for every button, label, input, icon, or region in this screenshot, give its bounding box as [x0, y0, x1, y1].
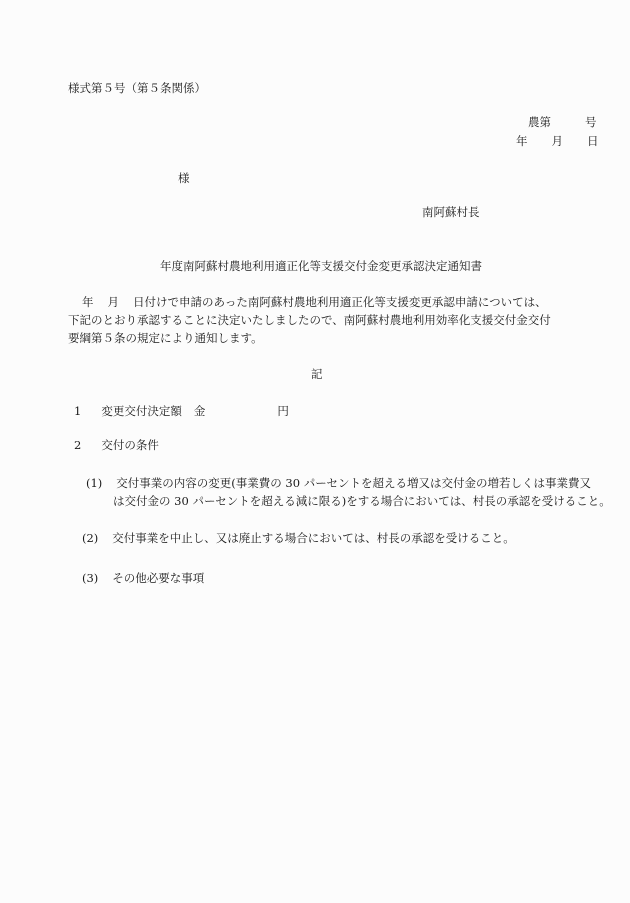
date-day: 日	[587, 134, 599, 148]
condition-2: (2)交付事業を中止し、又は廃止する場合においては、村長の承認を受けること。	[82, 530, 515, 546]
item-conditions: 2交付の条件	[74, 437, 159, 453]
condition-text: 交付事業を中止し、又は廃止する場合においては、村長の承認を受けること。	[112, 531, 515, 545]
item-label: 変更交付決定額	[101, 404, 182, 418]
condition-number: (3)	[82, 571, 98, 585]
item-number: 1	[74, 404, 81, 418]
form-number: 様式第５号（第５条関係）	[68, 80, 206, 96]
body-paragraph-line-3: 要綱第５条の規定により通知します。	[68, 330, 263, 346]
addressee: 様	[178, 170, 190, 186]
date-year: 年	[516, 134, 528, 148]
condition-number: (1)	[86, 476, 102, 490]
item-number: 2	[74, 438, 81, 452]
amount-prefix: 金	[194, 404, 206, 418]
date-month: 月	[552, 134, 564, 148]
document-title: 年度南阿蘇村農地利用適正化等支援交付金変更承認決定通知書	[160, 258, 482, 274]
sender: 南阿蘇村長	[422, 204, 480, 220]
document-date: 年月日	[516, 133, 599, 149]
document-number: 農第号	[528, 114, 597, 130]
body-paragraph-line-2: 下記のとおり承認することに決定いたしましたので、南阿蘇村農地利用効率化支援交付金…	[68, 312, 551, 328]
condition-1-line-2: は交付金の 30 パーセントを超える減に限る)をする場合においては、村長の承認を…	[113, 493, 611, 509]
body-paragraph-line-1: 年月日付けで申請のあった南阿蘇村農地利用適正化等支援変更承認申請については、	[82, 294, 547, 310]
body-month: 月	[108, 295, 120, 309]
item-change-amount: 1変更交付決定額金円	[74, 403, 289, 419]
body-line1-text: 日付けで申請のあった南阿蘇村農地利用適正化等支援変更承認申請については、	[133, 295, 547, 309]
body-year: 年	[82, 295, 94, 309]
amount-unit: 円	[277, 404, 289, 418]
condition-1-line-1: (1)交付事業の内容の変更(事業費の 30 パーセントを超える増又は交付金の増若…	[86, 475, 591, 491]
condition-text: 交付事業の内容の変更(事業費の 30 パーセントを超える増又は交付金の増若しくは…	[116, 476, 591, 490]
condition-text: その他必要な事項	[112, 571, 204, 585]
doc-number-prefix: 農第	[528, 115, 551, 129]
condition-number: (2)	[82, 531, 98, 545]
doc-number-suffix: 号	[585, 115, 597, 129]
item-label: 交付の条件	[101, 438, 159, 452]
ki-heading: 記	[311, 366, 323, 382]
condition-3: (3)その他必要な事項	[82, 570, 204, 586]
